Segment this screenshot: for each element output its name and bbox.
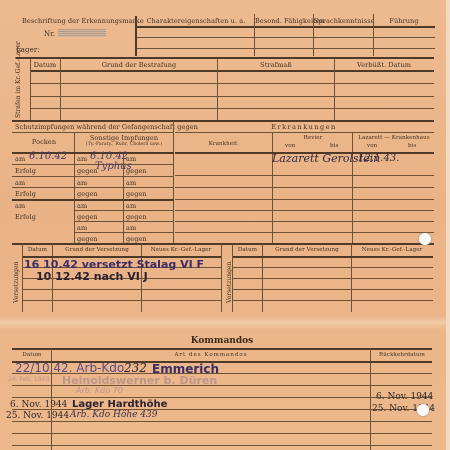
divider	[175, 210, 434, 211]
divider	[233, 267, 433, 268]
divider	[175, 221, 434, 222]
kommando-2-faded-hand: Arb. Kdo 70	[76, 386, 123, 395]
col-strafmass: Strafmaß	[218, 61, 334, 69]
sonstige-gegen-2: gegen	[77, 190, 98, 198]
divider	[12, 445, 432, 446]
versetzung-entry-2: 10 12.42 nach VI J	[36, 270, 148, 283]
lazarett-entry: 12.1.43.	[358, 153, 399, 164]
sonstige-am-2: am	[77, 179, 87, 187]
divider	[334, 58, 335, 120]
col-grund-bestrafung: Grund der Bestrafung	[61, 61, 217, 69]
divider	[12, 132, 174, 133]
col-pocken: Pocken	[14, 138, 74, 146]
sonstige-b-am-3: am	[126, 202, 136, 210]
divider	[175, 199, 434, 200]
divider	[12, 187, 174, 188]
divider	[74, 232, 174, 233]
sonstige-am-3: am	[77, 202, 87, 210]
nr-label: Nr.	[44, 30, 55, 38]
kommando-4-handwritten: Arb. Kdo Höhe 439	[70, 410, 157, 420]
col-rueckkehr: Rückkehrdatum	[371, 352, 433, 358]
divider	[23, 300, 221, 301]
divider	[233, 300, 433, 301]
col-sprachkenntnisse: Sprachkenntnisse	[314, 17, 372, 25]
col-fuehrung: Führung	[374, 17, 434, 25]
col-sonstige-sub: (Ty.-Paraty., Ruhr, Cholera usw.)	[75, 142, 173, 147]
divider	[175, 132, 434, 133]
kommando-1-stamp: 22/10.42. Arb-Kdo	[15, 361, 124, 375]
divider	[12, 397, 432, 398]
sonstige-b-gegen-1: gegen	[126, 167, 147, 175]
divider	[272, 133, 273, 243]
paper-edge	[446, 0, 450, 450]
pocken-am-2: am	[15, 179, 25, 187]
col-faehigkeiten: Besond. Fähigkeiten	[255, 17, 313, 25]
sonstige-am-4: am	[77, 224, 87, 232]
divider	[233, 256, 433, 258]
col-datum-left: Datum	[23, 247, 52, 253]
erkennungsmarke-label: Beschriftung der Erkennungsmarke	[22, 17, 144, 25]
pocken-erfolg-2: Erfolg	[15, 190, 36, 198]
sonstige-am-1: am	[77, 155, 87, 163]
pocken-am-3: am	[15, 202, 25, 210]
divider	[175, 187, 434, 188]
kommando-3-return-date: 6. Nov. 1944	[376, 392, 433, 402]
divider	[16, 57, 434, 59]
col-verbuesst: Verbüßt. Datum	[335, 61, 433, 69]
divider	[137, 26, 435, 28]
kommando-3-date: 6. Nov. 1944	[10, 400, 67, 410]
divider	[74, 221, 174, 222]
divider	[74, 210, 174, 211]
divider	[221, 244, 222, 312]
divider	[12, 433, 432, 434]
pocken-erfolg-3: Erfolg	[15, 213, 36, 221]
punch-hole	[417, 404, 429, 416]
divider	[175, 175, 434, 176]
divider	[233, 289, 433, 290]
divider	[60, 58, 61, 120]
divider	[12, 199, 174, 201]
punch-hole	[419, 233, 431, 245]
divider	[175, 232, 434, 233]
divider	[31, 96, 434, 97]
col-neues-lager-left: Neues Kr.-Gef.-Lager	[142, 247, 220, 253]
sonstige-gegen-4: gegen	[77, 235, 98, 243]
divider	[12, 243, 434, 245]
col-charakter: Charaktereigenschaften u. a.	[137, 17, 255, 25]
divider	[254, 14, 255, 56]
divider	[217, 58, 218, 120]
col-revier-bis: bis	[330, 143, 338, 149]
sonstige-b-gegen-2: gegen	[126, 190, 147, 198]
divider	[370, 349, 371, 450]
divider	[12, 120, 434, 122]
versetzungen-side-label-left: Versetzungen	[13, 262, 20, 303]
pocken-erfolg-1: Erfolg	[15, 167, 36, 175]
sonstige-gegen-3: gegen	[77, 213, 98, 221]
col-lazarett: Lazarett — Krankenhaus	[353, 135, 435, 141]
sonstige-b-am-2: am	[126, 179, 136, 187]
divider	[313, 14, 314, 56]
col-art-kommandos: Art des Kommandos	[52, 352, 370, 358]
pocken-am-1: am	[15, 155, 25, 163]
col-sonstige: Sonstige Impfungen	[75, 134, 173, 142]
impfungen-title: Schutzimpfungen während der Gefangenscha…	[15, 123, 198, 131]
divider	[31, 108, 434, 109]
divider	[137, 37, 435, 38]
col-neues-lager-right: Neues Kr.-Gef.-Lager	[352, 247, 432, 253]
kommando-3-stamp: Lager Hardthöhe	[72, 399, 167, 410]
col-lazarett-von: von	[367, 143, 377, 149]
divider	[31, 83, 434, 84]
kommando-2-faded-date: 24. Feb. 1943	[8, 376, 49, 383]
col-revier-von: von	[285, 143, 295, 149]
divider	[233, 278, 433, 279]
erkrankungen-title: Erkrankungen	[175, 123, 433, 131]
kommando-1-number: 232	[124, 361, 147, 375]
divider	[12, 421, 432, 422]
divider	[137, 48, 435, 49]
col-grund-left: Grund der Versetzung	[53, 247, 141, 253]
divider	[352, 133, 353, 243]
col-datum: Datum	[31, 61, 59, 69]
col-krankheit: Krankheit	[175, 141, 271, 147]
divider	[31, 70, 434, 72]
col-grund-right: Grund der Versetzung	[263, 247, 351, 253]
nr-redacted-field	[58, 29, 106, 37]
pocken-date: 6.10.42	[29, 151, 67, 162]
divider	[12, 176, 174, 177]
divider	[173, 121, 174, 243]
kommando-4-date: 25. Nov. 1944	[6, 411, 69, 421]
divider	[12, 348, 432, 350]
divider	[373, 14, 374, 56]
divider	[12, 164, 174, 165]
col-lazarett-bis: bis	[408, 143, 416, 149]
divider	[23, 289, 221, 290]
strafen-side-label: Strafen im Kr.-Gef.-Lager	[15, 41, 22, 118]
kommandos-title: Kommandos	[12, 336, 432, 346]
col-kdo-datum: Datum	[13, 352, 51, 358]
sonstige-b-gegen-4: gegen	[126, 235, 147, 243]
paper-fold	[0, 316, 446, 330]
sonstige-b-am-4: am	[126, 224, 136, 232]
sonstige-b-gegen-3: gegen	[126, 213, 147, 221]
col-revier: Revier	[273, 135, 353, 141]
divider	[74, 133, 75, 243]
col-datum-right: Datum	[233, 247, 262, 253]
